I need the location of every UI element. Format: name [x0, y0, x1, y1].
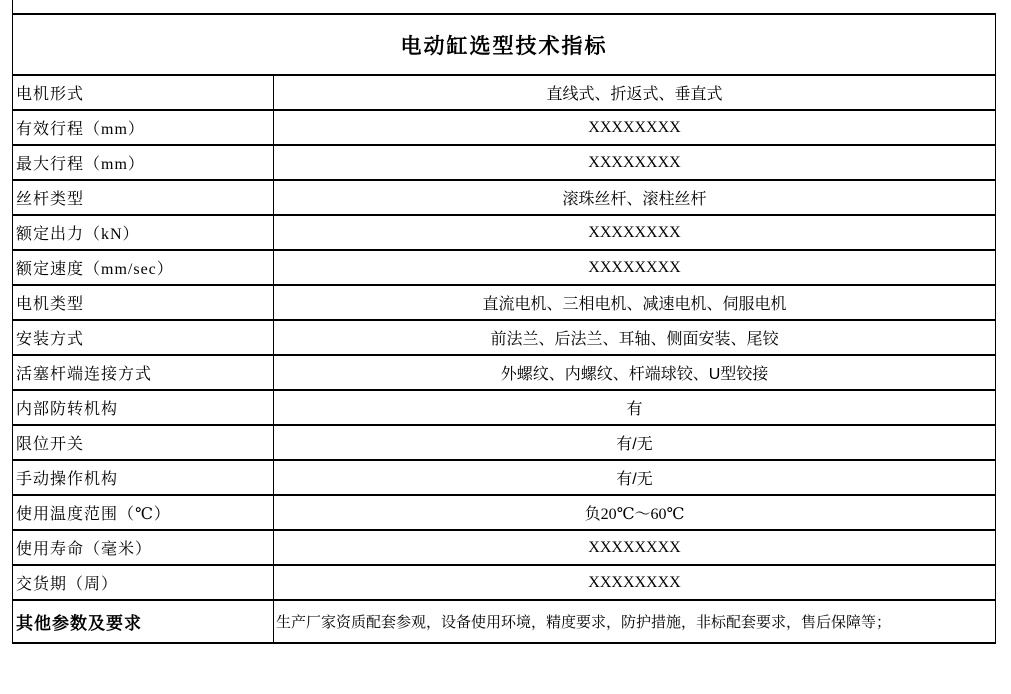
- table-row: 最大行程（mm） XXXXXXXX: [13, 145, 996, 180]
- table-row: 有效行程（mm） XXXXXXXX: [13, 110, 996, 145]
- spec-label: 交货期（周）: [13, 565, 274, 600]
- spec-value: 外螺纹、内螺纹、杆端球铰、U型铰接: [274, 355, 996, 390]
- spec-label: 丝杆类型: [13, 180, 274, 215]
- spec-label: 手动操作机构: [13, 460, 274, 495]
- table-row: 内部防转机构 有: [13, 390, 996, 425]
- table-row: 限位开关 有/无: [13, 425, 996, 460]
- spec-label: 最大行程（mm）: [13, 145, 274, 180]
- spec-value: 有/无: [274, 425, 996, 460]
- table-row: 额定出力（kN） XXXXXXXX: [13, 215, 996, 250]
- document-page: 电动缸选型技术指标 电机形式 直线式、折返式、垂直式 有效行程（mm） XXXX…: [0, 0, 1011, 694]
- spec-value: XXXXXXXX: [274, 530, 996, 565]
- table-row: 电机形式 直线式、折返式、垂直式: [13, 75, 996, 110]
- spec-label: 限位开关: [13, 425, 274, 460]
- table-title-row: 电动缸选型技术指标: [13, 14, 996, 75]
- table-row-other-requirements: 其他参数及要求 生产厂家资质配套参观，设备使用环境，精度要求，防护措施，非标配套…: [13, 600, 996, 643]
- spec-value: 有/无: [274, 460, 996, 495]
- spec-table: 电动缸选型技术指标 电机形式 直线式、折返式、垂直式 有效行程（mm） XXXX…: [12, 13, 996, 644]
- spec-value: 滚珠丝杆、滚柱丝杆: [274, 180, 996, 215]
- table-row: 使用温度范围（℃） 负20℃～60℃: [13, 495, 996, 530]
- spec-value: 前法兰、后法兰、耳轴、侧面安装、尾铰: [274, 320, 996, 355]
- spec-value: XXXXXXXX: [274, 565, 996, 600]
- table-row: 电机类型 直流电机、三相电机、减速电机、伺服电机: [13, 285, 996, 320]
- table-row: 活塞杆端连接方式 外螺纹、内螺纹、杆端球铰、U型铰接: [13, 355, 996, 390]
- table-row: 安装方式 前法兰、后法兰、耳轴、侧面安装、尾铰: [13, 320, 996, 355]
- spec-label: 活塞杆端连接方式: [13, 355, 274, 390]
- table-row: 使用寿命（毫米） XXXXXXXX: [13, 530, 996, 565]
- spec-value: 有: [274, 390, 996, 425]
- spec-label: 额定出力（kN）: [13, 215, 274, 250]
- spec-value: XXXXXXXX: [274, 215, 996, 250]
- spec-value: 直流电机、三相电机、减速电机、伺服电机: [274, 285, 996, 320]
- spec-label: 安装方式: [13, 320, 274, 355]
- table-row: 手动操作机构 有/无: [13, 460, 996, 495]
- table-row: 交货期（周） XXXXXXXX: [13, 565, 996, 600]
- spec-label: 电机形式: [13, 75, 274, 110]
- spec-value: XXXXXXXX: [274, 250, 996, 285]
- spec-value: XXXXXXXX: [274, 145, 996, 180]
- clipped-table-border-artifact: [12, 0, 13, 14]
- table-row: 额定速度（mm/sec） XXXXXXXX: [13, 250, 996, 285]
- spec-label: 使用温度范围（℃）: [13, 495, 274, 530]
- spec-label: 其他参数及要求: [13, 600, 274, 643]
- table-title: 电动缸选型技术指标: [13, 14, 996, 75]
- spec-value: 生产厂家资质配套参观，设备使用环境，精度要求，防护措施，非标配套要求，售后保障等…: [274, 600, 996, 643]
- table-row: 丝杆类型 滚珠丝杆、滚柱丝杆: [13, 180, 996, 215]
- spec-label: 内部防转机构: [13, 390, 274, 425]
- spec-label: 使用寿命（毫米）: [13, 530, 274, 565]
- spec-value: 直线式、折返式、垂直式: [274, 75, 996, 110]
- spec-value: XXXXXXXX: [274, 110, 996, 145]
- spec-label: 额定速度（mm/sec）: [13, 250, 274, 285]
- spec-value: 负20℃～60℃: [274, 495, 996, 530]
- spec-label: 电机类型: [13, 285, 274, 320]
- spec-label: 有效行程（mm）: [13, 110, 274, 145]
